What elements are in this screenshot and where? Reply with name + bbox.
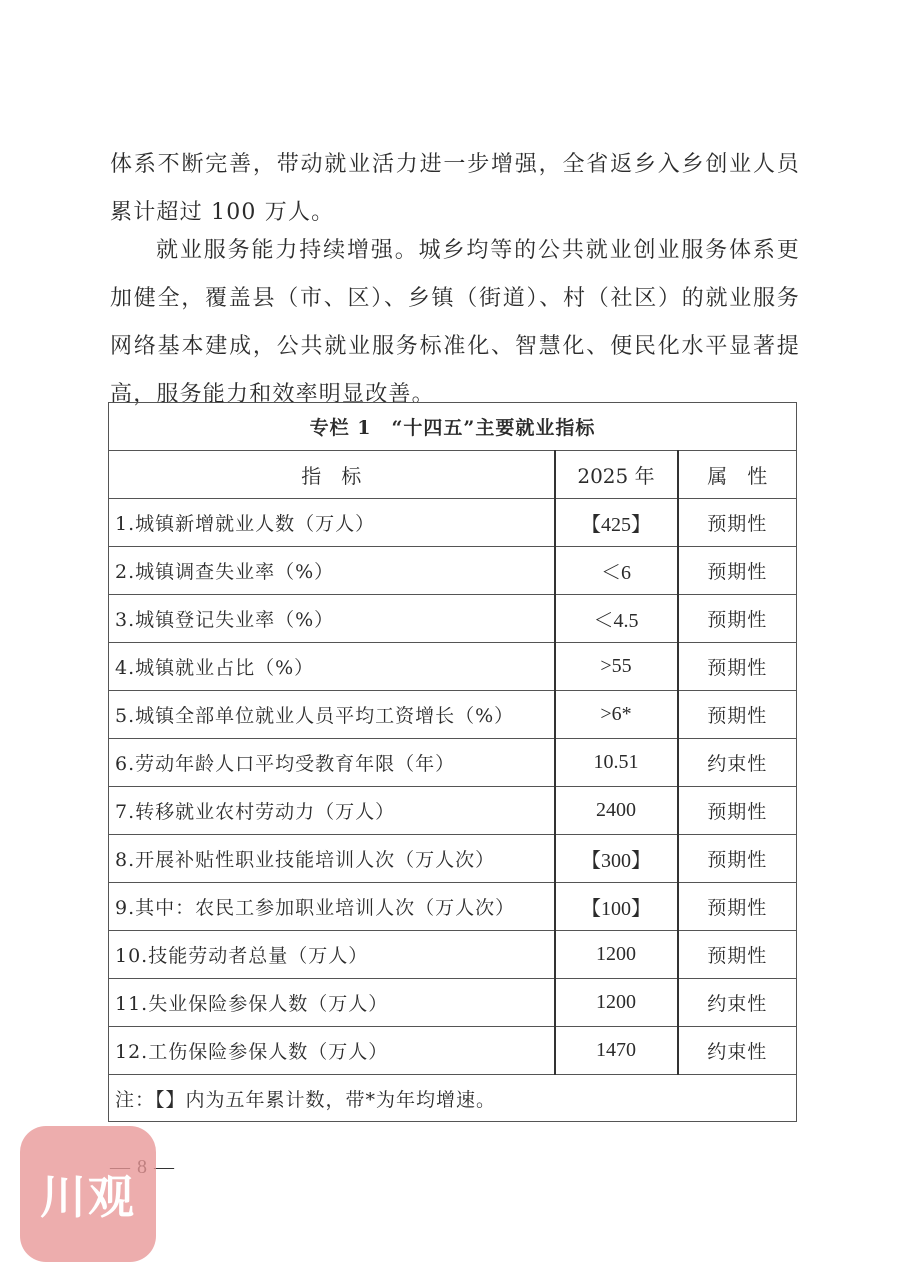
indicator-cell: 3.城镇登记失业率（%） [109,595,555,643]
watermark-logo: 川观 [20,1126,156,1262]
indicator-cell: 10.技能劳动者总量（万人） [109,931,555,979]
table-row: 11.失业保险参保人数（万人） 1200 约束性 [109,979,797,1027]
attribute-cell: 预期性 [678,499,797,547]
attribute-cell: 约束性 [678,979,797,1027]
table-title-row: 专栏 1 “十四五”主要就业指标 [109,403,797,451]
attribute-cell: 预期性 [678,547,797,595]
value-cell: >55 [555,643,678,691]
indicator-cell: 9.其中：农民工参加职业培训人次（万人次） [109,883,555,931]
attribute-cell: 约束性 [678,1027,797,1075]
indicator-cell: 4.城镇就业占比（%） [109,643,555,691]
indicator-cell: 7.转移就业农村劳动力（万人） [109,787,555,835]
table-row: 2.城镇调查失业率（%） ＜6 预期性 [109,547,797,595]
table-row: 1.城镇新增就业人数（万人） 【425】 预期性 [109,499,797,547]
table-row: 10.技能劳动者总量（万人） 1200 预期性 [109,931,797,979]
attribute-cell: 预期性 [678,691,797,739]
value-cell: 2400 [555,787,678,835]
value-cell: 1470 [555,1027,678,1075]
attribute-cell: 预期性 [678,835,797,883]
table-note-row: 注：【】内为五年累计数，带*为年均增速。 [109,1075,797,1122]
table-row: 7.转移就业农村劳动力（万人） 2400 预期性 [109,787,797,835]
table-row: 8.开展补贴性职业技能培训人次（万人次） 【300】 预期性 [109,835,797,883]
value-cell: >6* [555,691,678,739]
indicator-cell: 2.城镇调查失业率（%） [109,547,555,595]
value-cell: 10.51 [555,739,678,787]
value-cell: ＜6 [555,547,678,595]
value-cell: 1200 [555,979,678,1027]
header-year: 2025 年 [555,451,678,499]
attribute-cell: 预期性 [678,931,797,979]
table-row: 6.劳动年龄人口平均受教育年限（年） 10.51 约束性 [109,739,797,787]
employment-indicators-table: 专栏 1 “十四五”主要就业指标 指 标 2025 年 属 性 1.城镇新增就业… [108,402,796,1122]
indicator-cell: 5.城镇全部单位就业人员平均工资增长（%） [109,691,555,739]
table-row: 12.工伤保险参保人数（万人） 1470 约束性 [109,1027,797,1075]
table-row: 5.城镇全部单位就业人员平均工资增长（%） >6* 预期性 [109,691,797,739]
indicator-cell: 8.开展补贴性职业技能培训人次（万人次） [109,835,555,883]
header-attribute: 属 性 [678,451,797,499]
header-indicator: 指 标 [109,451,555,499]
indicator-cell: 1.城镇新增就业人数（万人） [109,499,555,547]
table-row: 9.其中：农民工参加职业培训人次（万人次） 【100】 预期性 [109,883,797,931]
indicator-cell: 11.失业保险参保人数（万人） [109,979,555,1027]
value-cell: 【100】 [555,883,678,931]
value-cell: 【425】 [555,499,678,547]
attribute-cell: 预期性 [678,595,797,643]
table-header-row: 指 标 2025 年 属 性 [109,451,797,499]
value-cell: 【300】 [555,835,678,883]
attribute-cell: 约束性 [678,739,797,787]
paragraph-1: 体系不断完善，带动就业活力进一步增强，全省返乡入乡创业人员累计超过 100 万人… [110,141,800,237]
value-cell: 1200 [555,931,678,979]
indicator-cell: 6.劳动年龄人口平均受教育年限（年） [109,739,555,787]
paragraph-2: 就业服务能力持续增强。城乡均等的公共就业创业服务体系更加健全，覆盖县（市、区）、… [110,227,800,419]
attribute-cell: 预期性 [678,787,797,835]
indicator-cell: 12.工伤保险参保人数（万人） [109,1027,555,1075]
value-cell: ＜4.5 [555,595,678,643]
table-title: 专栏 1 “十四五”主要就业指标 [109,403,797,451]
watermark-text: 川观 [40,1161,136,1227]
table-row: 3.城镇登记失业率（%） ＜4.5 预期性 [109,595,797,643]
table-row: 4.城镇就业占比（%） >55 预期性 [109,643,797,691]
attribute-cell: 预期性 [678,643,797,691]
attribute-cell: 预期性 [678,883,797,931]
table-note: 注：【】内为五年累计数，带*为年均增速。 [109,1075,797,1122]
